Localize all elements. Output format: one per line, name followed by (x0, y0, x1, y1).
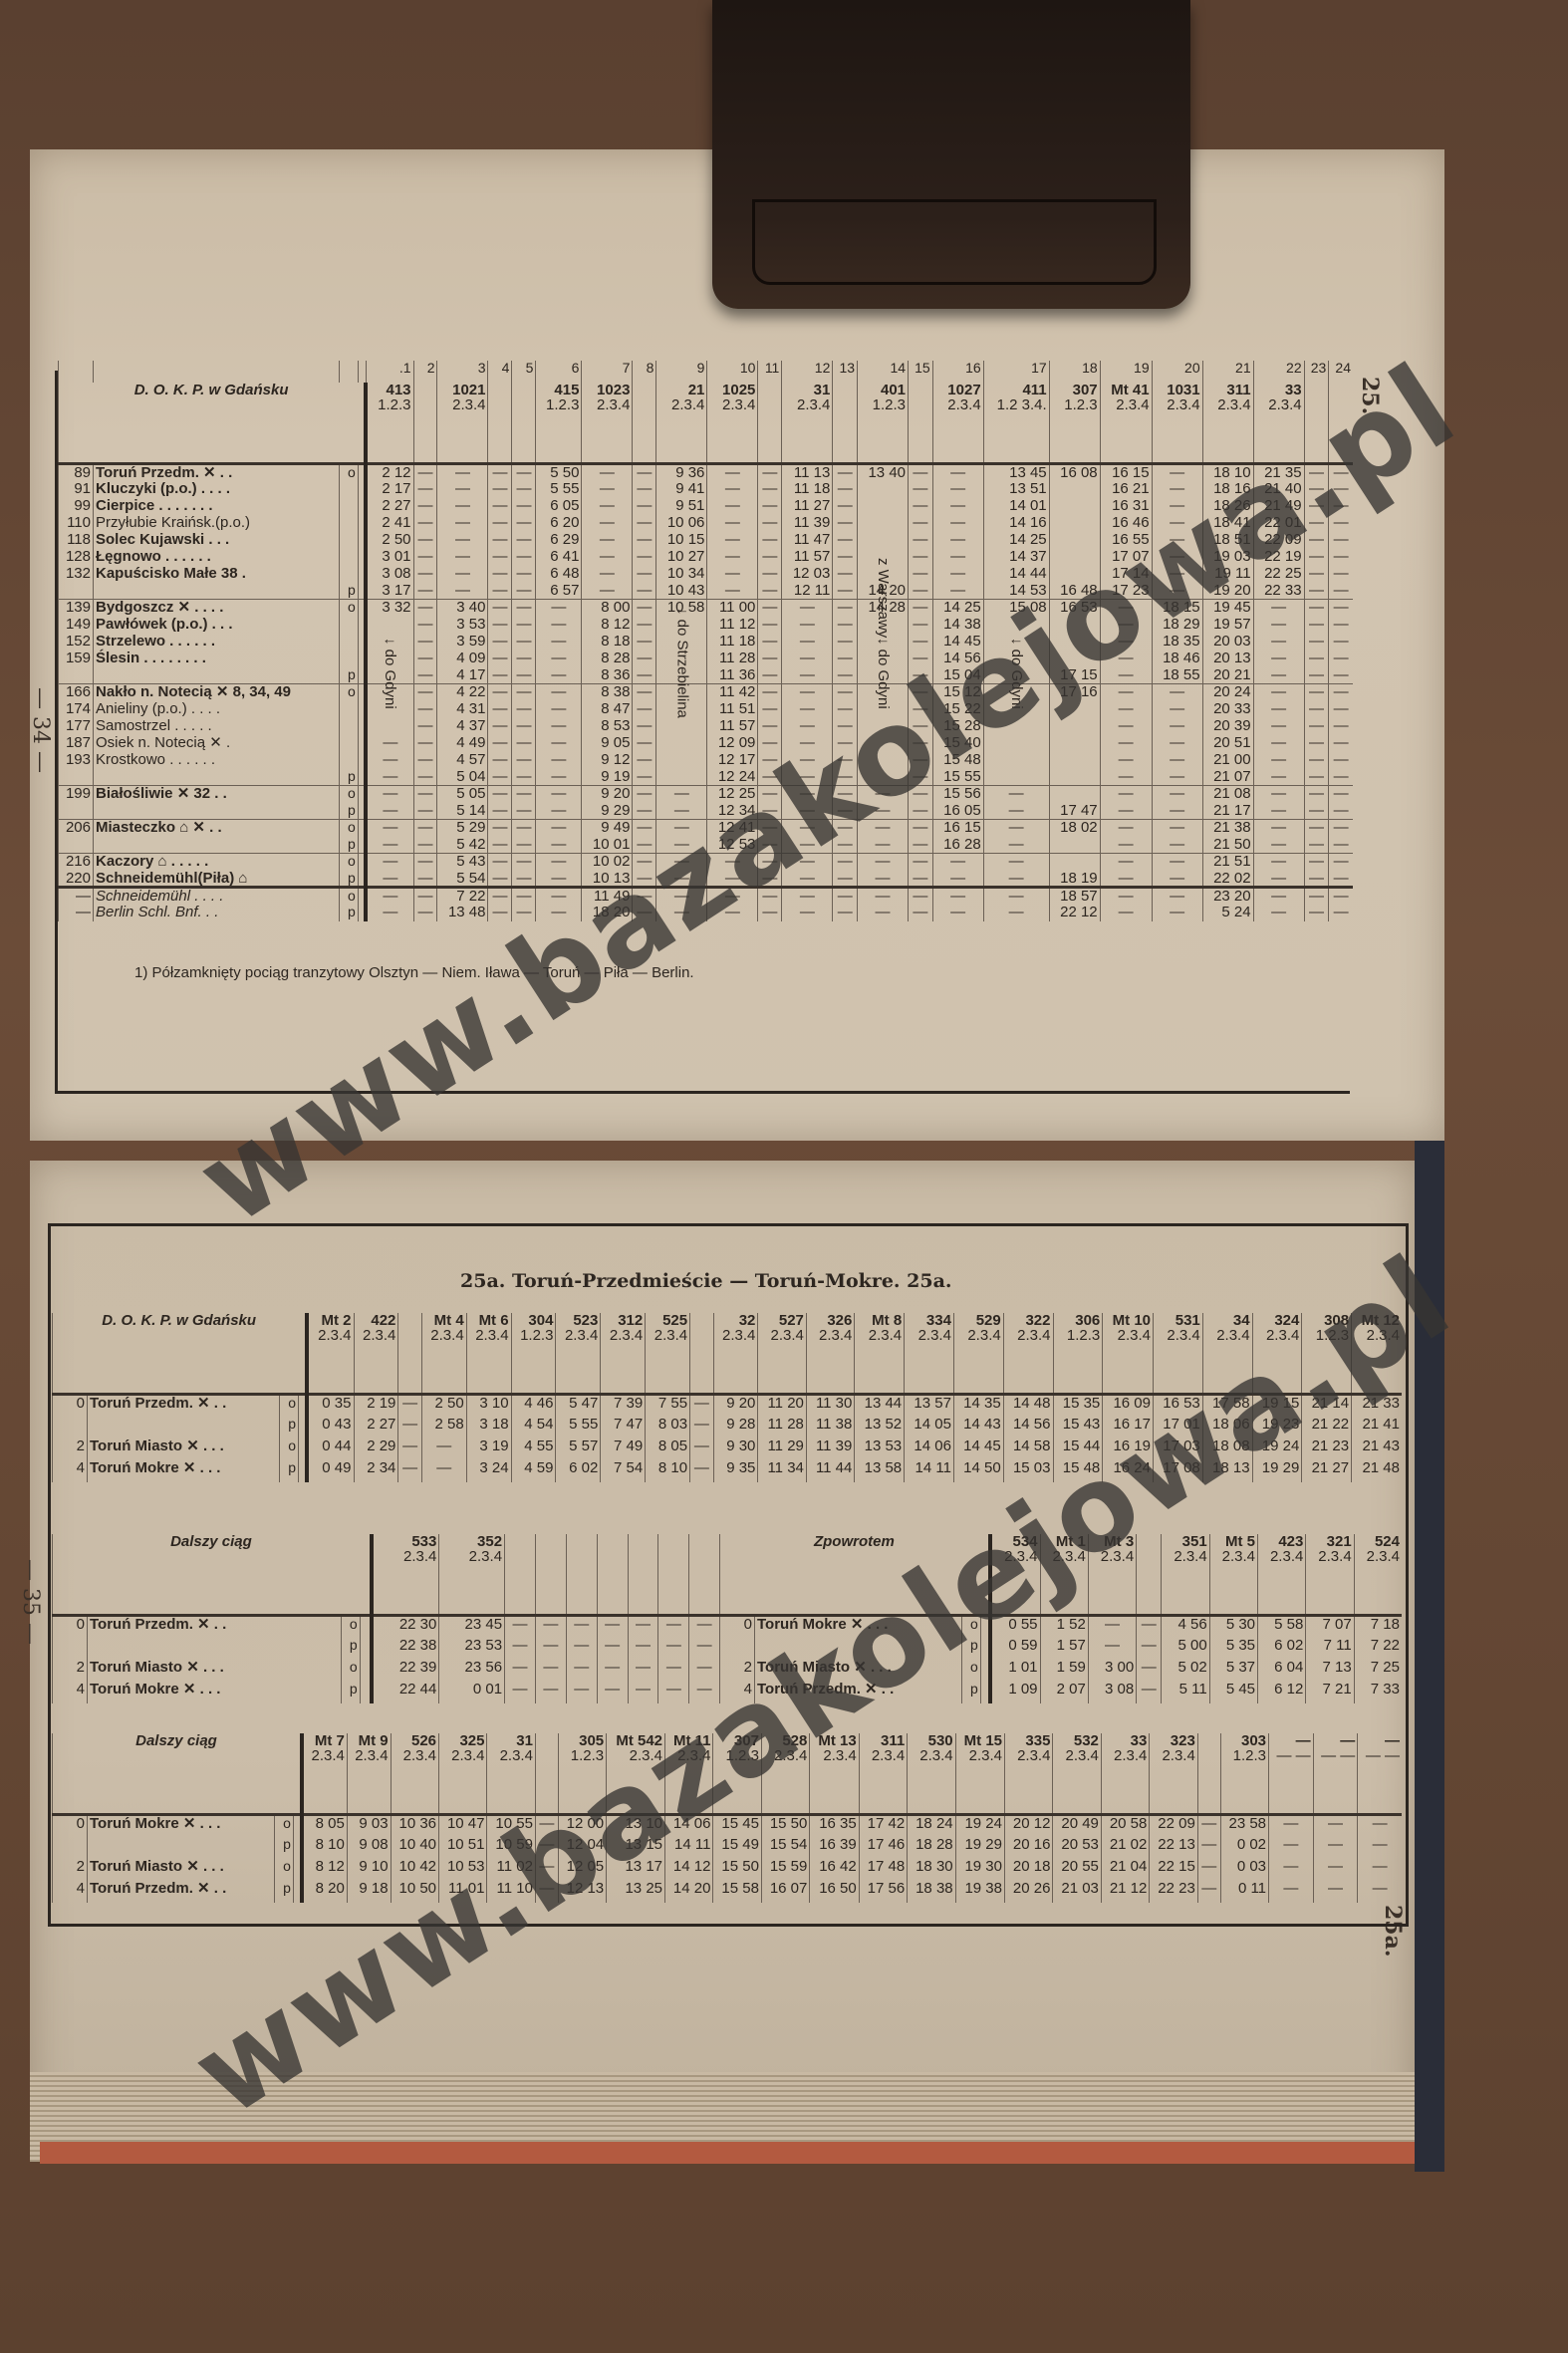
train-time: 20 49 (1053, 1815, 1101, 1837)
train-time: 16 50 (810, 1881, 859, 1903)
train-time: 3 08 (366, 566, 413, 583)
train-time: — (633, 566, 656, 583)
train-time: 6 41 (536, 549, 582, 566)
train-time: 18 28 (908, 1837, 955, 1859)
train-classes: 2.3.4 (1156, 1328, 1200, 1343)
train-time: 20 53 (1053, 1837, 1101, 1859)
train-time: 2 27 (354, 1417, 398, 1438)
station-km: 149 (59, 617, 94, 634)
train-time: — (833, 498, 858, 515)
train-classes: 2.3.4 (1212, 1549, 1255, 1564)
header-label: Dalszy ciąg (53, 1534, 372, 1616)
train-number: 1021 (439, 383, 485, 397)
station-km: 99 (59, 498, 94, 515)
arrival-departure-mark: p (339, 769, 358, 786)
train-number: 312 (603, 1313, 643, 1328)
column-number: 12 (782, 361, 833, 383)
train-time: 10 36 (391, 1815, 438, 1837)
train-time: — (1329, 566, 1353, 583)
train-time: — (707, 566, 758, 583)
train-time: 7 13 (1306, 1660, 1354, 1682)
train-time: — (1152, 735, 1202, 752)
train-time: — (488, 464, 512, 481)
arrival-departure-mark (339, 566, 358, 583)
train-time: 22 02 (1202, 871, 1253, 888)
station-km: 4 (53, 1460, 88, 1482)
train-time: — (512, 837, 536, 854)
train-time: — (505, 1638, 536, 1660)
train-time: — (488, 718, 512, 735)
train-time: — (1313, 1881, 1358, 1903)
table-row: 187Osiek n. Notecią ✕ .——4 49———9 05—12 … (59, 735, 1354, 752)
station-km: 128 (59, 549, 94, 566)
train-time: — (1152, 905, 1202, 921)
train-time: 6 12 (1258, 1682, 1306, 1703)
station-km: 199 (59, 786, 94, 803)
train-time: — (707, 464, 758, 481)
train-time: 20 33 (1202, 701, 1253, 718)
train-time (656, 769, 707, 786)
column-number: 5 (512, 361, 536, 383)
station-name: Miasteczko ⌂ ✕ . . (94, 820, 340, 837)
train-time: — (488, 888, 512, 905)
train-time: — (488, 498, 512, 515)
arrival-departure-mark: p (339, 837, 358, 854)
train-time: — (1329, 803, 1353, 820)
train-time: — (488, 837, 512, 854)
train-time: — (1313, 1859, 1358, 1881)
train-time: — (932, 549, 983, 566)
train-time: 12 03 (782, 566, 833, 583)
train-time: — (628, 1682, 658, 1703)
train-time: — (488, 786, 512, 803)
train-header: 4222.3.4 (354, 1313, 398, 1395)
spacer (358, 600, 366, 617)
train-time: — (536, 617, 582, 634)
train-classes: 2.3.4 (1308, 1549, 1351, 1564)
train-header: 3212.3.4 (1306, 1534, 1354, 1616)
train-number: 31 (489, 1733, 532, 1748)
train-classes: 2.3.4 (1357, 1549, 1400, 1564)
train-time: 14 48 (1003, 1395, 1053, 1417)
train-time: — (512, 854, 536, 871)
vertical-note: ↓ do Gdyni (382, 638, 398, 709)
train-time: — (909, 905, 933, 921)
station-name: Krostkowo . . . . . . (94, 752, 340, 769)
train-time (858, 532, 909, 549)
train-time: — (833, 549, 858, 566)
train-header: 5232.3.4 (556, 1313, 601, 1395)
train-time: — (758, 634, 782, 651)
train-classes: 2.3.4 (439, 397, 485, 412)
train-number: 413 (370, 383, 410, 397)
train-classes: 2.3.4 (716, 1328, 756, 1343)
train-time: 10 27 (656, 549, 707, 566)
train-classes: 2.3.4 (1105, 1328, 1151, 1343)
train-time: — (909, 617, 933, 634)
table-row: 2Toruń Miasto ✕ . . .o22 3923 56——————— (53, 1660, 720, 1682)
train-header (833, 383, 858, 464)
section-title: 25a. Toruń-Przedmieście — Toruń-Mokre. 2… (460, 1270, 952, 1292)
header-label: D. O. K. P. w Gdańsku (53, 1313, 308, 1395)
train-number: 303 (1223, 1733, 1266, 1748)
train-time: — (1152, 871, 1202, 888)
station-km: 2 (53, 1438, 88, 1460)
train-classes: — — (1316, 1748, 1356, 1763)
train-time: 7 25 (1354, 1660, 1402, 1682)
train-time: — (488, 701, 512, 718)
train-time: — (983, 871, 1049, 888)
train-time: — (1313, 1815, 1358, 1837)
table-row: 2Toruń Miasto ✕ . . .o8 129 1010 4210 53… (53, 1859, 1403, 1881)
train-time: 18 30 (908, 1859, 955, 1881)
page-number-34: — 34 — (28, 687, 53, 773)
train-classes: 2.3.4 (857, 1328, 902, 1343)
train-time: — (512, 888, 536, 905)
arrival-departure-mark (339, 498, 358, 515)
train-time: 8 36 (582, 667, 633, 684)
train-time: 22 38 (372, 1638, 439, 1660)
train-time: 5 50 (536, 464, 582, 481)
train-time: 20 26 (1005, 1881, 1053, 1903)
train-time: — (413, 566, 437, 583)
train-header (505, 1534, 536, 1616)
train-time: 11 36 (707, 667, 758, 684)
train-time: 20 21 (1202, 667, 1253, 684)
train-time: — (1329, 617, 1353, 634)
train-time: — (833, 464, 858, 481)
train-time: — (983, 803, 1049, 820)
train-time: 10 34 (656, 566, 707, 583)
train-time: 11 29 (758, 1438, 806, 1460)
train-time: — (413, 871, 437, 888)
train-classes: 2.3.4 (584, 397, 630, 412)
train-time: — (833, 515, 858, 532)
arrival-departure-mark (339, 549, 358, 566)
train-time: — (1329, 820, 1353, 837)
train-classes: 2.3.4 (1205, 397, 1251, 412)
train-time: 13 48 (437, 905, 488, 921)
train-classes: 1.2.3 (538, 397, 579, 412)
train-time: — (582, 549, 633, 566)
vertical-note: z Warszawy (875, 558, 892, 638)
column-number: 18 (1049, 361, 1100, 383)
train-time: 20 39 (1202, 718, 1253, 735)
train-time: 14 01 (983, 498, 1049, 515)
arrival-departure-mark: o (339, 600, 358, 617)
train-number: 401 (860, 383, 906, 397)
train-time: — (566, 1638, 597, 1660)
train-time: — (582, 532, 633, 549)
train-time: — (421, 1438, 466, 1460)
train-time: 11 44 (806, 1460, 854, 1482)
train-time: 9 20 (582, 786, 633, 803)
train-number: 1023 (584, 383, 630, 397)
train-time: 20 12 (1005, 1815, 1053, 1837)
train-time: — (1269, 1815, 1314, 1837)
train-header-row: D. O. K. P. w Gdańsku4131.2.310212.3.441… (59, 383, 1354, 464)
train-time: 8 28 (582, 651, 633, 667)
station-name: Cierpice . . . . . . . (94, 498, 340, 515)
train-time: — (1197, 1859, 1220, 1881)
train-time: 11 18 (782, 481, 833, 498)
train-time: — (758, 566, 782, 583)
train-time: — (909, 481, 933, 498)
train-header: Mt 52.3.4 (1209, 1534, 1257, 1616)
train-number: 531 (1156, 1313, 1200, 1328)
train-time: — (582, 481, 633, 498)
train-time: 17 42 (859, 1815, 907, 1837)
train-time: 21 41 (1352, 1417, 1402, 1438)
train-time: — (413, 549, 437, 566)
train-time: 5 37 (1209, 1660, 1257, 1682)
vertical-note: ↓ do Strzebielina (673, 608, 690, 718)
arrival-departure-mark (339, 481, 358, 498)
spacer (299, 1438, 308, 1460)
train-classes: 1.2.3 (370, 397, 410, 412)
train-header (566, 1534, 597, 1616)
train-header: 4151.2.3 (536, 383, 582, 464)
station-name (94, 803, 340, 820)
train-time: — (932, 888, 983, 905)
train-classes: 2.3.4 (424, 1328, 464, 1343)
train-time: — (1100, 888, 1152, 905)
train-number: Mt 5 (1212, 1534, 1255, 1549)
train-time: 23 45 (439, 1616, 505, 1638)
train-time: 5 47 (556, 1395, 601, 1417)
train-time: — (536, 786, 582, 803)
train-time: 11 18 (707, 634, 758, 651)
station-km: 174 (59, 701, 94, 718)
train-time: 14 37 (983, 549, 1049, 566)
train-header (689, 1534, 719, 1616)
spacer (358, 566, 366, 583)
station-km: 187 (59, 735, 94, 752)
train-time: 13 40 (858, 464, 909, 481)
train-time: — (536, 634, 582, 651)
train-time: 15 35 (1053, 1395, 1103, 1417)
train-time: — (858, 871, 909, 888)
train-time: — (413, 600, 437, 617)
train-time: 14 16 (983, 515, 1049, 532)
spacer (358, 854, 366, 871)
station-km: 110 (59, 515, 94, 532)
train-time: — (932, 481, 983, 498)
train-header (690, 1313, 713, 1395)
train-time: 10 15 (656, 532, 707, 549)
train-time: — (909, 498, 933, 515)
arrival-departure-mark: o (339, 684, 358, 701)
train-time: — (1358, 1881, 1402, 1903)
train-header: Mt 22.3.4 (307, 1313, 354, 1395)
train-time: — (707, 583, 758, 600)
train-time (858, 498, 909, 515)
arrival-departure-mark: p (341, 1682, 360, 1703)
train-time: — (1253, 752, 1304, 769)
spacer (358, 481, 366, 498)
train-number: 523 (558, 1313, 598, 1328)
train-time: — (1329, 837, 1353, 854)
station-name: Łęgnowo . . . . . . (94, 549, 340, 566)
train-time: — (983, 837, 1049, 854)
train-time: 5 14 (437, 803, 488, 820)
train-time: — (413, 498, 437, 515)
column-number: 8 (633, 361, 656, 383)
spacer (358, 786, 366, 803)
train-time: 19 24 (955, 1815, 1004, 1837)
train-time: 11 51 (707, 701, 758, 718)
train-classes: 2.3.4 (1260, 1549, 1303, 1564)
station-km (59, 583, 94, 600)
train-classes: — — (1271, 1748, 1311, 1763)
station-km: 166 (59, 684, 94, 701)
train-time: — (1253, 905, 1304, 921)
train-time: — (413, 532, 437, 549)
train-time: — (488, 752, 512, 769)
arrival-departure-mark: p (339, 803, 358, 820)
train-time: 11 13 (782, 464, 833, 481)
train-number: 21 (658, 383, 704, 397)
train-time: — (398, 1395, 421, 1417)
spacer (360, 1660, 372, 1682)
train-time: — (512, 617, 536, 634)
train-time: 2 07 (1040, 1682, 1088, 1703)
train-time: — (597, 1616, 628, 1638)
train-time: — (758, 718, 782, 735)
train-time: 3 01 (366, 549, 413, 566)
train-classes: 2.3.4 (809, 1328, 852, 1343)
train-time: — (505, 1660, 536, 1682)
train-header: 10232.3.4 (582, 383, 633, 464)
train-time: — (909, 549, 933, 566)
train-time: 5 55 (536, 481, 582, 498)
train-time: 10 06 (656, 515, 707, 532)
train-time: 4 37 (437, 718, 488, 735)
train-time: — (366, 786, 413, 803)
train-time: 8 05 (646, 1438, 690, 1460)
station-name: Berlin Schl. Bnf. . . (94, 905, 340, 921)
column-number: 3 (437, 361, 488, 383)
arrival-departure-mark: o (341, 1660, 360, 1682)
train-time: — (1152, 820, 1202, 837)
table-row: p—4 17———8 36—11 36————15 0417 15—18 552… (59, 667, 1354, 684)
train-classes: 1.2.3 (1052, 397, 1098, 412)
train-number: 325 (441, 1733, 484, 1748)
spacer (358, 617, 366, 634)
train-time: 1 59 (1040, 1660, 1088, 1682)
train-time: — (488, 532, 512, 549)
train-header (658, 1534, 689, 1616)
train-time: — (398, 1460, 421, 1482)
train-time: — (633, 549, 656, 566)
column-number: 16 (932, 361, 983, 383)
train-header: 3352.3.4 (1005, 1733, 1053, 1815)
spacer (299, 1395, 308, 1417)
train-time: 13 53 (855, 1438, 905, 1460)
station-name: Samostrzel . . . . . (94, 718, 340, 735)
train-number: 530 (910, 1733, 952, 1748)
train-time: 4 09 (437, 651, 488, 667)
train-time: 2 19 (354, 1395, 398, 1417)
train-time: — (1329, 854, 1353, 871)
train-time: 21 08 (1202, 786, 1253, 803)
train-time: 6 02 (556, 1460, 601, 1482)
train-time: 22 13 (1150, 1837, 1197, 1859)
train-classes: 2.3.4 (1006, 1328, 1051, 1343)
train-time: 16 07 (761, 1881, 809, 1903)
train-time: — (633, 735, 656, 752)
train-time: 21 04 (1101, 1859, 1149, 1881)
train-time: 16 39 (810, 1837, 859, 1859)
train-number: 411 (986, 383, 1047, 397)
train-time: — (707, 481, 758, 498)
train-classes: 2.3.4 (907, 1328, 951, 1343)
train-time: — (1329, 786, 1353, 803)
train-time: 19 38 (955, 1881, 1004, 1903)
train-time: — (633, 667, 656, 684)
train-number: — (1271, 1733, 1311, 1748)
train-header: 5322.3.4 (1053, 1733, 1101, 1815)
column-number-row: .123456789101112131415161718192021222324 (59, 361, 1354, 383)
train-time: — (858, 905, 909, 921)
train-time: 4 46 (511, 1395, 556, 1417)
station-km: 91 (59, 481, 94, 498)
train-time: 21 48 (1352, 1460, 1402, 1482)
train-time: — (689, 1616, 719, 1638)
train-time: 1 09 (990, 1682, 1040, 1703)
train-time: — (932, 871, 983, 888)
train-time: — (1329, 735, 1353, 752)
binder-clip-edge (752, 199, 1157, 285)
train-time: — (628, 1638, 658, 1660)
train-time: 4 57 (437, 752, 488, 769)
station-km: 0 (53, 1815, 88, 1837)
table-row: p22 3823 53——————— (53, 1638, 720, 1660)
train-time: — (983, 905, 1049, 921)
train-time: — (536, 820, 582, 837)
train-number: 34 (1205, 1313, 1250, 1328)
table-row: 89Toruń Przedm. ✕ . .o2 12————5 50——9 36… (59, 464, 1354, 481)
train-time: — (488, 566, 512, 583)
train-number: Mt 6 (469, 1313, 509, 1328)
train-time: — (1329, 769, 1353, 786)
train-time: 11 28 (707, 651, 758, 667)
train-time: — (1329, 718, 1353, 735)
train-time: — (1197, 1881, 1220, 1903)
binder-clip (712, 0, 1190, 309)
train-number: Mt 9 (350, 1733, 389, 1748)
spacer (358, 837, 366, 854)
train-time: — (512, 651, 536, 667)
train-time: — (1253, 803, 1304, 820)
train-classes: 2.3.4 (350, 1748, 389, 1763)
train-time: 22 12 (1049, 905, 1100, 921)
column-number: 11 (758, 361, 782, 383)
train-number: 1027 (935, 383, 981, 397)
train-header: 5252.3.4 (646, 1313, 690, 1395)
train-time: 2 34 (354, 1460, 398, 1482)
spacer (358, 464, 366, 481)
train-time: 22 23 (1150, 1881, 1197, 1903)
spacer (358, 905, 366, 921)
train-header: 212.3.4 (656, 383, 707, 464)
train-time: — (782, 617, 833, 634)
train-time: — (758, 667, 782, 684)
train-number: 321 (1308, 1534, 1351, 1549)
train-header (1197, 1733, 1220, 1815)
train-time: — (1152, 752, 1202, 769)
train-time: — (833, 532, 858, 549)
